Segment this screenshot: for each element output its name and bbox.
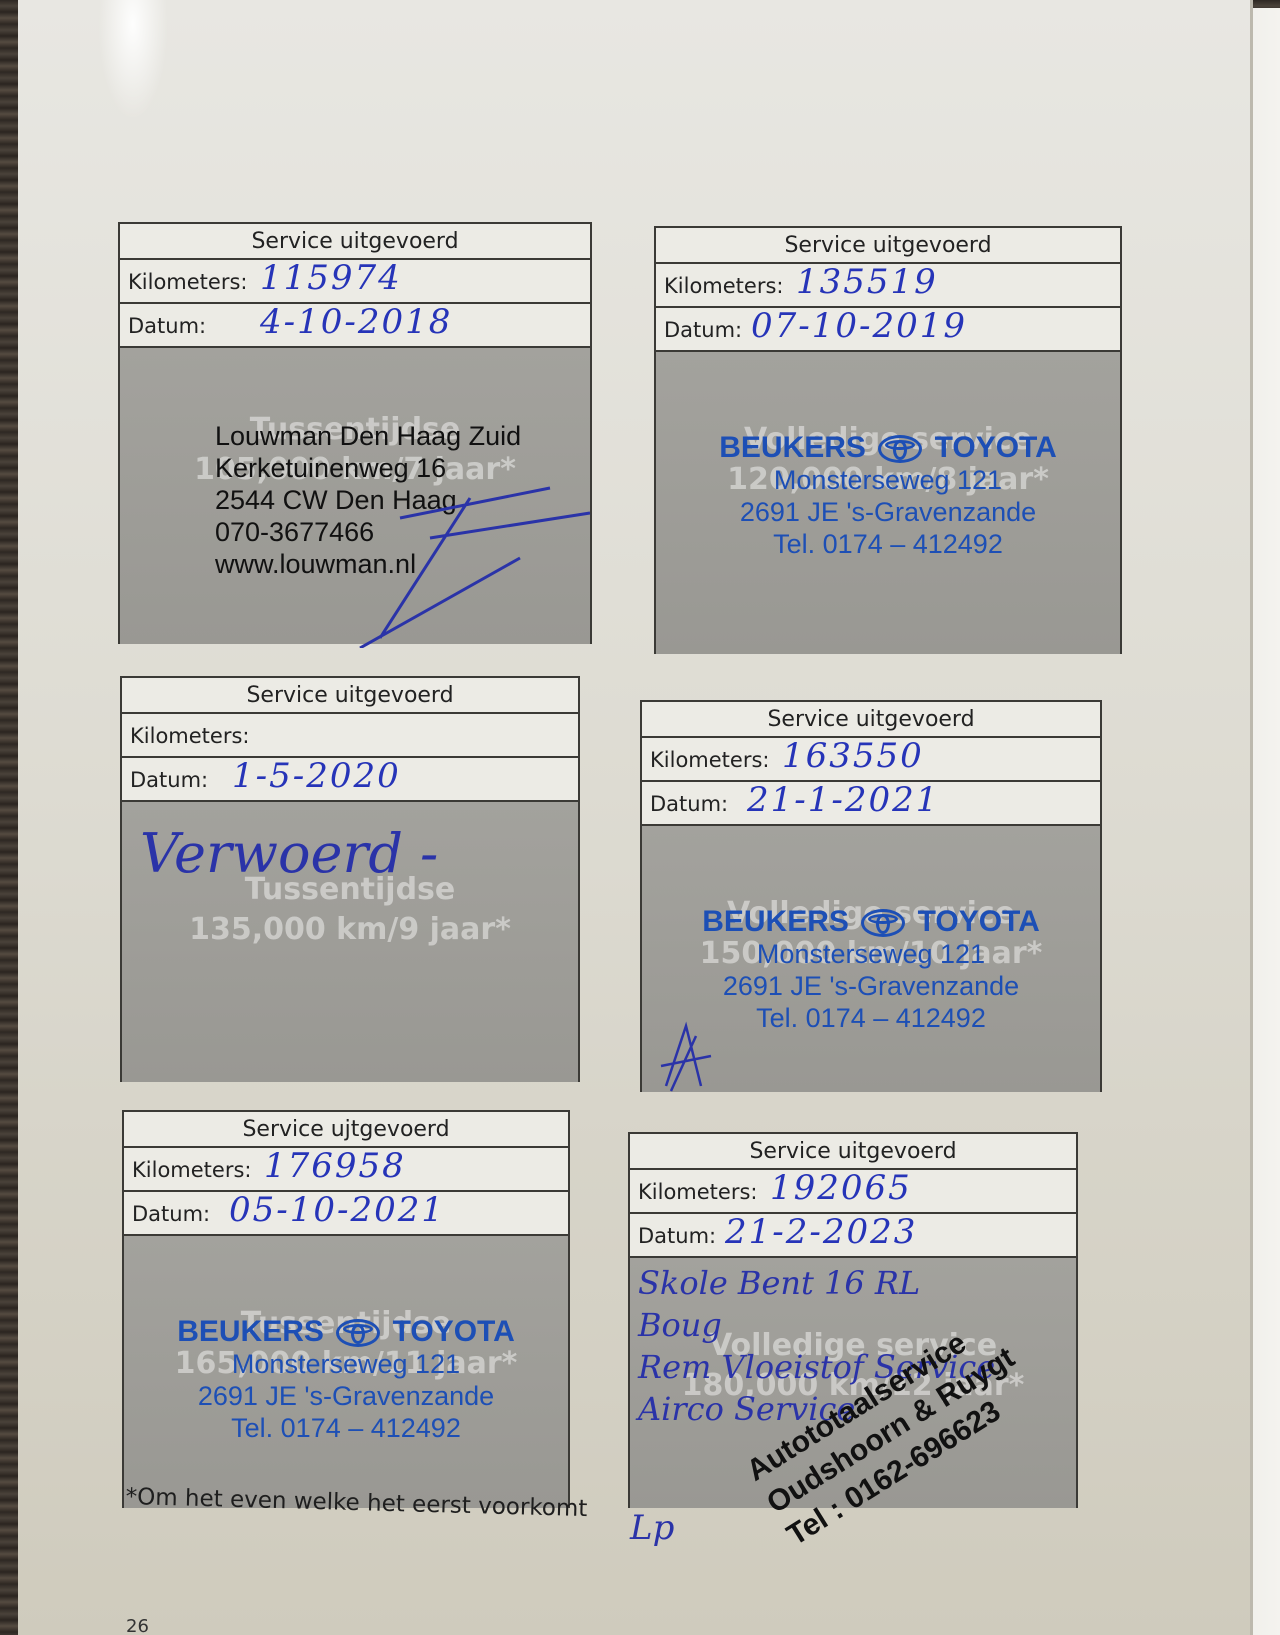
date-value: 05-10-2021 [229, 1188, 445, 1232]
kilometers-row: Kilometers: 115974 [120, 260, 590, 304]
card-body: Volledige service 150,000 km/10 jaar* BE… [642, 826, 1100, 1092]
kilometers-label: Kilometers: [132, 1148, 251, 1192]
brand-name: TOYOTA [918, 905, 1040, 938]
kilometers-row: Kilometers: 163550 [642, 738, 1100, 782]
light-glare [98, 0, 168, 120]
date-row: Datum: 4-10-2018 [120, 304, 590, 348]
dealer-name: BEUKERS [719, 431, 866, 464]
date-row: Datum: 05-10-2021 [124, 1192, 568, 1236]
card-body: Tussentijdse 135,000 km/9 jaar* Verwoerd… [122, 802, 578, 1082]
service-card-5: Service ujtgevoerd Kilometers: 176958 Da… [122, 1110, 570, 1508]
date-value: 1-5-2020 [232, 754, 401, 798]
date-label: Datum: [132, 1192, 210, 1236]
card-body: Tussentijdse 105,000 km/7 jaar* Louwman … [120, 348, 590, 644]
card-header: Service uitgevoerd [122, 678, 578, 714]
date-label: Datum: [664, 308, 742, 352]
kilometers-value: 115974 [260, 256, 402, 300]
kilometers-label: Kilometers: [130, 714, 249, 758]
kilometers-row: Kilometers: [122, 714, 578, 758]
card-header: Service uitgevoerd [642, 702, 1100, 738]
page-number: 26 [126, 1616, 149, 1635]
date-value: 07-10-2019 [751, 304, 967, 348]
date-row: Datum: 21-2-2023 [630, 1214, 1076, 1258]
kilometers-label: Kilometers: [650, 738, 769, 782]
date-label: Datum: [638, 1214, 716, 1258]
card-header: Service ujtgevoerd [124, 1112, 568, 1148]
kilometers-value: 192065 [770, 1166, 912, 1210]
toyota-logo-icon [861, 909, 905, 937]
kilometers-row: Kilometers: 176958 [124, 1148, 568, 1192]
date-label: Datum: [130, 758, 208, 802]
kilometers-row: Kilometers: 192065 [630, 1170, 1076, 1214]
signature-icon [656, 1016, 716, 1096]
dealer-stamp: BEUKERS TOYOTA Monsterseweg 121 2691 JE … [124, 1316, 568, 1444]
dealer-name: BEUKERS [702, 905, 849, 938]
kilometers-label: Kilometers: [638, 1170, 757, 1214]
service-card-2: Service uitgevoerd Kilometers: 135519 Da… [654, 226, 1122, 654]
kilometers-label: Kilometers: [664, 264, 783, 308]
service-card-4: Service uitgevoerd Kilometers: 163550 Da… [640, 700, 1102, 1092]
toyota-logo-icon [878, 435, 922, 463]
dealer-name: BEUKERS [177, 1315, 324, 1348]
brand-name: TOYOTA [935, 431, 1057, 464]
card-header: Service uitgevoerd [120, 224, 590, 260]
card-body: Volledige service 120,000 km/8 jaar* BEU… [656, 352, 1120, 654]
card-body: Volledige service 180,000 km/12 jaar* Sk… [630, 1258, 1076, 1508]
dealer-stamp: BEUKERS TOYOTA Monsterseweg 121 2691 JE … [656, 432, 1120, 560]
service-card-1: Service uitgevoerd Kilometers: 115974 Da… [118, 222, 592, 644]
date-value: 21-2-2023 [725, 1210, 917, 1254]
service-card-6: Service uitgevoerd Kilometers: 192065 Da… [628, 1132, 1078, 1508]
kilometers-label: Kilometers: [128, 260, 247, 304]
kilometers-row: Kilometers: 135519 [656, 264, 1120, 308]
card-header: Service uitgevoerd [656, 228, 1120, 264]
date-row: Datum: 21-1-2021 [642, 782, 1100, 826]
kilometers-value: 163550 [782, 734, 924, 778]
date-row: Datum: 07-10-2019 [656, 308, 1120, 352]
initials: Lp [630, 1508, 674, 1548]
service-card-3: Service uitgevoerd Kilometers: Datum: 1-… [120, 676, 580, 1082]
toyota-logo-icon [336, 1319, 380, 1347]
date-label: Datum: [128, 304, 206, 348]
printed-interval: 135,000 km/9 jaar* [122, 912, 578, 947]
date-label: Datum: [650, 782, 728, 826]
handwritten-note: Verwoerd - [140, 822, 438, 885]
date-row: Datum: 1-5-2020 [122, 758, 578, 802]
kilometers-value: 176958 [264, 1144, 406, 1188]
brand-name: TOYOTA [393, 1315, 515, 1348]
signature-icon [340, 478, 600, 648]
kilometers-value: 135519 [796, 260, 938, 304]
date-value: 21-1-2021 [747, 778, 939, 822]
dealer-stamp: BEUKERS TOYOTA Monsterseweg 121 2691 JE … [642, 906, 1100, 1034]
date-value: 4-10-2018 [260, 300, 452, 344]
card-header: Service uitgevoerd [630, 1134, 1076, 1170]
card-body: Tussentijdse 165,000 km/11 jaar* BEUKERS… [124, 1236, 568, 1508]
